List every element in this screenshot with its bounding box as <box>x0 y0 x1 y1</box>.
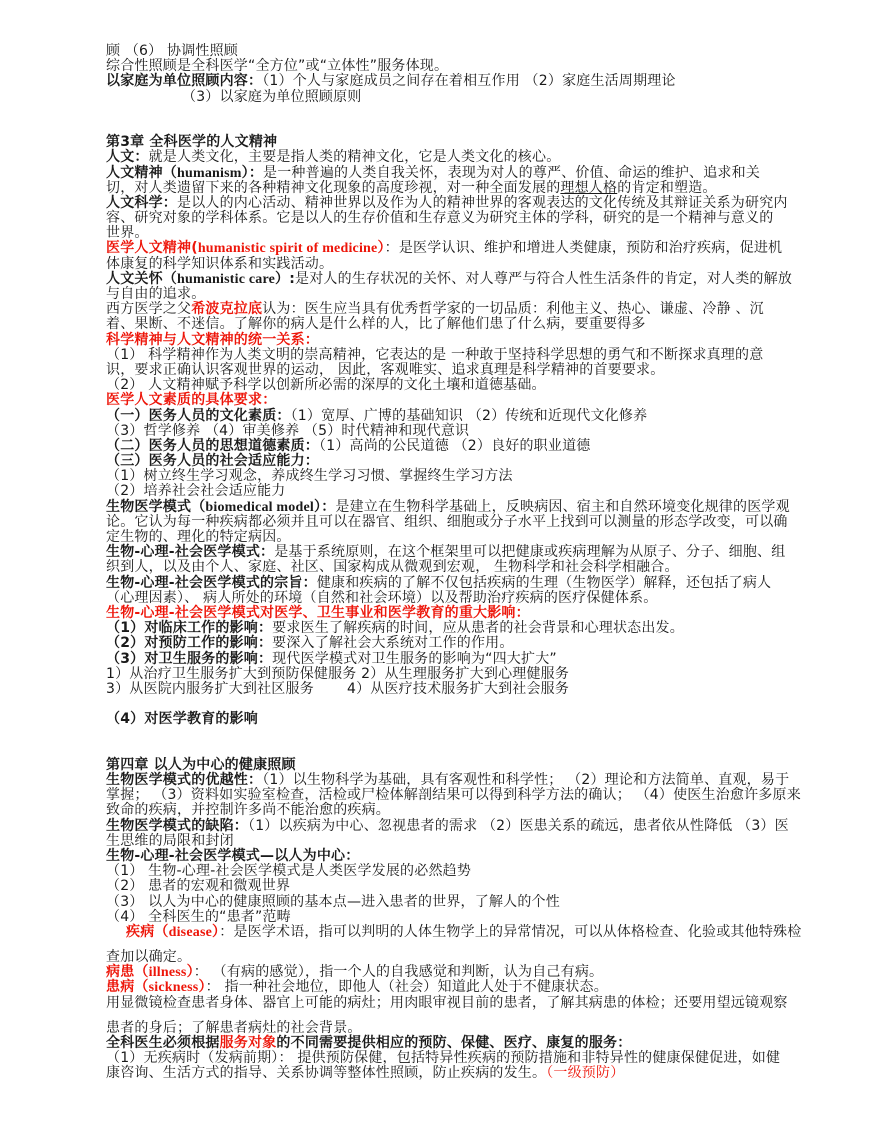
text-segment: ） <box>198 979 205 995</box>
text-line: 生思维的局限和封闭 <box>106 834 812 849</box>
text-line: （二）医务人员的思想道德素质：（1）高尚的公民道德 （2）良好的职业道德 <box>106 439 812 454</box>
text-line: 患者的身后；了解患者病灶的社会背景。 <box>106 1021 812 1036</box>
text-segment: （一级预防） <box>546 1065 624 1081</box>
text-segment: （1）对临床工作的影响： <box>106 620 272 636</box>
text-segment: （二）医务人员的思想道德素质： <box>106 438 319 454</box>
text-line: （心理因素）、 病人所处的环境（自然和社会环境）以及帮助治疗疾病的医疗保健体系。 <box>106 591 812 606</box>
text-segment: 论。它认为每一种疾病都必须并且可以在器官、组织、细胞或分子水平上找到可以测量的形… <box>106 514 788 530</box>
text-segment: （4）对医学教育的影响 <box>106 711 258 727</box>
text-line: 疾病（disease）：是医学术语，指可以判明的人体生物学上的异常情况，可以从体… <box>106 925 812 940</box>
text-line: 生物医学模式的缺陷：（1）以疾病为中心、忽视患者的需求 （2）医患关系的疏远，患… <box>106 819 812 834</box>
text-segment: 健康和疾病的了解不仅包括疾病的生理（生物医学）解释，还包括了病人 <box>317 575 771 591</box>
text-segment: 人文关怀（ <box>106 271 177 287</box>
blank-line <box>106 743 812 758</box>
text-line: 生物-心理-社会医学模式的宗旨：健康和疾病的了解不仅包括疾病的生理（生物医学）解… <box>106 576 812 591</box>
text-line: 人文科学：是以人的内心活动、精神世界以及作为人的精神世界的客观表达的文化传统及其… <box>106 196 812 211</box>
text-segment: （心理因素）、 病人所处的环境（自然和社会环境）以及帮助治疗疾病的医疗保健体系。 <box>106 590 657 606</box>
text-line: 生物医学模式（biomedical model）：是建立在生物科学基础上，反映病… <box>106 500 812 515</box>
text-line: 医学人文素质的具体要求： <box>106 393 812 408</box>
text-segment: （3） 以人为中心的健康照顾的基本点—进入患者的世界，了解人的个性 <box>106 894 560 910</box>
text-segment: 人文科学： <box>106 195 177 211</box>
text-segment: 是基于系统原则，在这个框架里可以把健康或疾病理解为从原子、分子、细胞、组 <box>274 544 785 560</box>
text-segment: 查加以确定。 <box>106 949 191 965</box>
text-segment: 希波克拉底 <box>191 301 262 317</box>
text-segment: biomedical model <box>205 500 314 515</box>
text-segment: 科学精神与人文精神的统一关系： <box>106 332 319 348</box>
text-line: （2）对预防工作的影响：要深入了解社会大系统对工作的作用。 <box>106 636 812 651</box>
text-segment: （2）培养社会社会适应能力 <box>106 483 286 499</box>
text-segment: （1）无疾病时（发病前期）： 提供预防保健，包括特异性疾病的预防措施和非特异性的… <box>106 1050 780 1066</box>
text-segment: 与自由的追求。 <box>106 286 205 302</box>
text-segment: （3）对卫生服务的影响： <box>106 651 272 667</box>
text-line: 与自由的追求。 <box>106 287 812 302</box>
text-segment: 是一种普遍的人类自我关怀，表现为对人的尊严、价值、命运的维护、追求和关 <box>263 165 760 181</box>
text-segment: 要求医生了解疾病的时间，应从患者的社会背景和心理状态出发。 <box>272 620 684 636</box>
text-segment: 服务对象 <box>220 1035 277 1051</box>
text-line: 康咨询、生活方式的指导、关系协调等整体性照顾，防止疾病的发生。（一级预防） <box>106 1066 812 1081</box>
text-segment: 认为：医生应当具有优秀哲学家的一切品质：利他主义、热心、谦虚、冷静 、沉 <box>262 301 764 317</box>
text-segment: 人文精神（ <box>106 165 177 181</box>
text-line: 人文：就是人类文化，主要是指人类的精神文化，它是人类文化的核心。 <box>106 150 812 165</box>
text-line: （2） 患者的宏观和微观世界 <box>106 879 812 894</box>
text-segment: humanistic spirit of medicine <box>198 241 378 256</box>
text-line: （1） 科学精神作为人类文明的崇高精神，它表达的是 一种敢于坚持科学思想的勇气和… <box>106 348 812 363</box>
text-segment: ）: <box>275 271 295 287</box>
text-line: 生物-心理-社会医学模式—以人为中心： <box>106 849 812 864</box>
text-segment: （2） 人文精神赋予科学以创新所必需的深厚的文化土壤和道德基础。 <box>106 377 546 393</box>
text-segment: 人文： <box>106 149 149 165</box>
text-segment: 就是人类文化，主要是指人类的精神文化，它是人类文化的核心。 <box>149 149 561 165</box>
text-segment: 致命的疾病，并控制许多尚不能治愈的疾病。 <box>106 802 390 818</box>
text-segment: 切，对人类遗留下来的各种精神文化现象的高度珍视，对一种全面发展的 <box>106 180 560 196</box>
text-line: 以家庭为单位照顾内容：（1）个人与家庭成员之间存在着相互作用 （2）家庭生活周期… <box>106 74 812 89</box>
text-segment: sickness <box>149 980 199 995</box>
text-segment: ：是医学术语，指可以判明的人体生物学上的异常情况，可以从体格检查、化验或其他特殊… <box>219 924 801 940</box>
text-segment: 的不同需要提供相应的预防、保健、医疗、康复的服务： <box>276 1035 631 1051</box>
text-line: （3）对卫生服务的影响：现代医学模式对卫生服务的影响为“四大扩大” <box>106 652 812 667</box>
text-segment: （1）以生物科学为基础，具有客观性和科学性； （2）理论和方法简单、直观，易于 <box>262 772 789 788</box>
text-segment: 西方医学之父 <box>106 301 191 317</box>
text-segment: （3）哲学修养 （4）审美修养 （5）时代精神和现代意识 <box>106 423 469 439</box>
text-segment: 是对人的生存状况的关怀、对人尊严与符合人性生活条件的肯定，对人类的解放 <box>295 271 792 287</box>
blank-line <box>106 940 812 950</box>
text-segment: 是以人的内心活动、精神世界以及作为人的精神世界的客观表达的文化传统及其辩证关系为… <box>177 195 788 211</box>
text-segment: humanistic care <box>177 272 275 287</box>
text-segment: disease <box>169 925 212 940</box>
text-segment: ）： <box>314 499 335 515</box>
text-segment: （1）个人与家庭成员之间存在着相互作用 （2）家庭生活周期理论 <box>262 73 675 89</box>
text-segment: 世界。 <box>106 225 149 241</box>
text-line: 容、研究对象的学科体系。它是以人的生存价值和生存意义为研究主体的学科，研究的是一… <box>106 211 812 226</box>
blank-line <box>106 727 812 742</box>
text-line: 用显微镜检查患者身体、器官上可能的病灶；用肉眼审视目前的患者，了解其病患的体检；… <box>106 996 812 1011</box>
text-line: 3）从医院内服务扩大到社区服务 4）从医疗技术服务扩大到社会服务 <box>106 682 812 697</box>
text-line: 着、果断、不迷信。了解你的病人是什么样的人，比了解他们患了什么病，要重要得多 <box>106 317 812 332</box>
text-line: 全科医生必须根据服务对象的不同需要提供相应的预防、保健、医疗、康复的服务： <box>106 1036 812 1051</box>
text-segment: （1）以疾病为中心、忽视患者的需求 （2）医患关系的疏远，患者依从性降低 （3）… <box>248 818 789 834</box>
text-line: （3）以家庭为单位照顾原则 <box>106 90 812 105</box>
text-segment: 顾 （6） 协调性照顾 <box>106 43 238 59</box>
text-line: 致命的疾病，并控制许多尚不能治愈的疾病。 <box>106 803 812 818</box>
text-segment: （1） 生物-心理-社会医学模式是人类医学发展的必然趋势 <box>106 863 471 879</box>
text-segment: 疾病（ <box>126 924 169 940</box>
text-segment: 全科医生必须根据 <box>106 1035 220 1051</box>
text-segment: humanism <box>177 166 242 181</box>
text-segment: 生物医学模式（ <box>106 499 205 515</box>
text-segment: 生物医学模式的缺陷： <box>106 818 248 834</box>
text-line: 人文关怀（humanistic care）:是对人的生存状况的关怀、对人尊严与符… <box>106 272 812 287</box>
text-segment: 第四章 以人为中心的健康照顾 <box>106 757 296 773</box>
text-segment: 医学人文素质的具体要求： <box>106 392 276 408</box>
text-segment: 1）从治疗卫生服务扩大到预防保健服务 2）从生理服务扩大到心理健服务 <box>106 666 569 682</box>
text-segment: 医学人文精神( <box>106 240 198 256</box>
text-line: （4）对医学教育的影响 <box>106 712 812 727</box>
text-line: 医学人文精神(humanistic spirit of medicine）：是医… <box>106 241 812 256</box>
blank-line <box>106 105 812 120</box>
blank-line <box>106 697 812 712</box>
text-line: 定生物的、理化的特定病因。 <box>106 530 812 545</box>
text-segment: ： 指一种社会地位，即他人（社会）知道此人处于不健康状态。 <box>206 979 608 995</box>
text-line: 查加以确定。 <box>106 950 812 965</box>
text-line: 体康复的科学知识体系和实践活动。 <box>106 257 812 272</box>
text-segment: （3）以家庭为单位照顾原则 <box>182 89 362 105</box>
text-line: （一）医务人员的文化素质：（1）宽厚、广博的基础知识 （2）传统和近现代文化修养 <box>106 409 812 424</box>
text-segment: 生思维的局限和封闭 <box>106 833 234 849</box>
text-line: 患病（sickness）： 指一种社会地位，即他人（社会）知道此人处于不健康状态… <box>106 980 812 995</box>
text-segment: 生物-心理-社会医学模式的宗旨： <box>106 575 317 591</box>
text-line: （2）培养社会社会适应能力 <box>106 484 812 499</box>
text-segment: 掌握； （3）资料如实验室检查，活检或尸检体解剖结果可以得到科学方法的确认； （… <box>106 787 801 803</box>
text-segment: 生物-心理-社会医学模式对医学、卫生事业和医学教育的重大影响： <box>106 605 530 621</box>
text-line: （三）医务人员的社会适应能力： <box>106 454 812 469</box>
document-content: 顾 （6） 协调性照顾综合性照顾是全科医学“全方位”或“立体性”服务体现。以家庭… <box>106 44 812 1082</box>
text-segment: 用显微镜检查患者身体、器官上可能的病灶；用肉眼审视目前的患者，了解其病患的体检；… <box>106 995 788 1011</box>
text-segment: 体康复的科学知识体系和实践活动。 <box>106 256 333 272</box>
text-segment: （1）树立终生学习观念，养成终生学习习惯、掌握终生学习方法 <box>106 468 513 484</box>
text-line: 1）从治疗卫生服务扩大到预防保健服务 2）从生理服务扩大到心理健服务 <box>106 667 812 682</box>
text-segment: 3）从医院内服务扩大到社区服务 4）从医疗技术服务扩大到社会服务 <box>106 681 569 697</box>
text-segment: 容、研究对象的学科体系。它是以人的生存价值和生存意义为研究主体的学科，研究的是一… <box>106 210 773 226</box>
text-segment: 要深入了解社会大系统对工作的作用。 <box>272 635 513 651</box>
blank-line <box>106 120 812 135</box>
text-segment: 病患（ <box>106 964 149 980</box>
text-segment: （三）医务人员的社会适应能力： <box>106 453 319 469</box>
document-page: 顾 （6） 协调性照顾综合性照顾是全科医学“全方位”或“立体性”服务体现。以家庭… <box>0 0 879 1122</box>
text-segment: ） <box>377 240 384 256</box>
text-segment: （2）对预防工作的影响： <box>106 635 272 651</box>
text-line: 生物医学模式的优越性：（1）以生物科学为基础，具有客观性和科学性； （2）理论和… <box>106 773 812 788</box>
text-line: 生物-心理-社会医学模式对医学、卫生事业和医学教育的重大影响： <box>106 606 812 621</box>
text-line: 识，要求正确认识客观世界的运动， 因此，客观唯实、追求真理是科学精神的首要要求。 <box>106 363 812 378</box>
text-segment: 以家庭为单位照顾内容： <box>106 73 262 89</box>
text-segment: （1） 科学精神作为人类文明的崇高精神，它表达的是 一种敢于坚持科学思想的勇气和… <box>106 347 763 363</box>
text-segment: 生物医学模式的优越性： <box>106 772 262 788</box>
text-line: 人文精神（humanism）：是一种普遍的人类自我关怀，表现为对人的尊严、价值、… <box>106 166 812 181</box>
text-segment: 第3章 全科医学的人文精神 <box>106 134 277 150</box>
text-segment: （1）宽厚、广博的基础知识 （2）传统和近现代文化修养 <box>291 408 648 424</box>
text-segment: ） <box>187 964 194 980</box>
text-segment: ： （有病的感觉），指一个人的自我感觉和判断，认为自己有病。 <box>194 964 603 980</box>
text-segment: 定生物的、理化的特定病因。 <box>106 529 291 545</box>
text-segment: ：是医学认识、维护和增进人类健康，预防和治疗疾病，促进机 <box>385 240 783 256</box>
text-segment: illness <box>149 965 187 980</box>
text-line: 顾 （6） 协调性照顾 <box>106 44 812 59</box>
text-segment: 患病（ <box>106 979 149 995</box>
text-segment: 是建立在生物科学基础上，反映病因、宿主和自然环境变化规律的医学观 <box>335 499 789 515</box>
text-segment: 现代医学模式对卫生服务的影响为“四大扩大” <box>272 651 557 667</box>
text-segment: 的肯定和塑造。 <box>617 180 716 196</box>
text-segment: （一）医务人员的文化素质： <box>106 408 291 424</box>
text-segment: 识，要求正确认识客观世界的运动， 因此，客观唯实、追求真理是科学精神的首要要求。 <box>106 362 664 378</box>
text-segment: 康咨询、生活方式的指导、关系协调等整体性照顾，防止疾病的发生。 <box>106 1065 546 1081</box>
text-segment: 综合性照顾是全科医学“全方位”或“立体性”服务体现。 <box>106 58 448 74</box>
text-line: （4） 全科医生的“患者”范畴 <box>106 910 812 925</box>
text-line: （3）哲学修养 （4）审美修养 （5）时代精神和现代意识 <box>106 424 812 439</box>
text-segment: （4） 全科医生的“患者”范畴 <box>106 909 291 925</box>
text-segment: 织到人，以及由个人、家庭、社区、国家构成从微观到宏观， 生物科学和社会科学相融合… <box>106 559 679 575</box>
text-segment: 着、果断、不迷信。了解你的病人是什么样的人，比了解他们患了什么病，要重要得多 <box>106 316 646 332</box>
text-line: （3） 以人为中心的健康照顾的基本点—进入患者的世界，了解人的个性 <box>106 895 812 910</box>
text-line: 织到人，以及由个人、家庭、社区、国家构成从微观到宏观， 生物科学和社会科学相融合… <box>106 560 812 575</box>
text-segment: 生物-心理-社会医学模式： <box>106 544 274 560</box>
text-line: 论。它认为每一种疾病都必须并且可以在器官、组织、细胞或分子水平上找到可以测量的形… <box>106 515 812 530</box>
underlined-term: 理想人格 <box>560 180 617 196</box>
text-line: 科学精神与人文精神的统一关系： <box>106 333 812 348</box>
text-segment: 患者的身后；了解患者病灶的社会背景。 <box>106 1020 362 1036</box>
text-segment: （1）高尚的公民道德 （2）良好的职业道德 <box>319 438 590 454</box>
text-segment: 生物-心理-社会医学模式—以人为中心： <box>106 848 359 864</box>
text-line: 第四章 以人为中心的健康照顾 <box>106 758 812 773</box>
text-segment: （2） 患者的宏观和微观世界 <box>106 878 290 894</box>
text-segment: ）： <box>242 165 263 181</box>
text-line: 切，对人类遗留下来的各种精神文化现象的高度珍视，对一种全面发展的理想人格的肯定和… <box>106 181 812 196</box>
